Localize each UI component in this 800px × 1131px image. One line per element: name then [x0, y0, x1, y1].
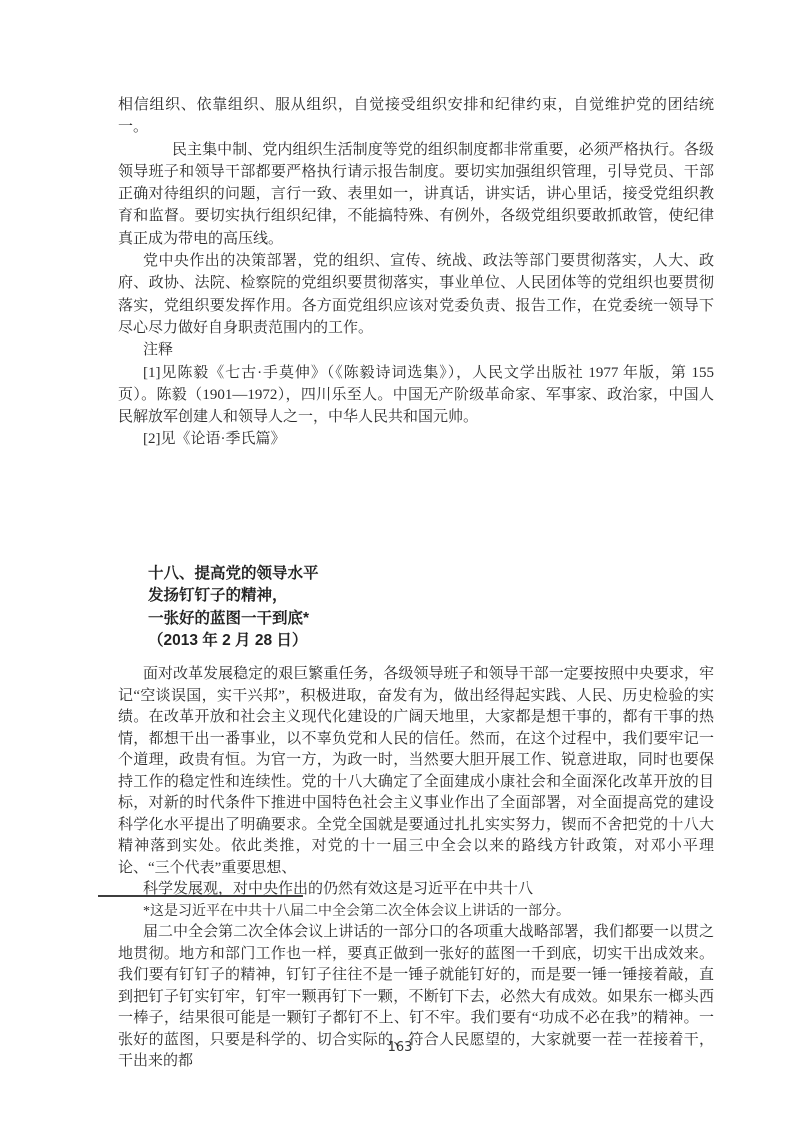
article-interrupted-line: 科学发展观，对中央作出的仍然有效这是习近平在中共十八	[118, 879, 714, 901]
paragraph-party-central: 党中央作出的决策部署，党的组织、宣传、统战、政法等部门要贯彻落实，人大、政府、政…	[118, 250, 714, 339]
article-main-paragraph: 面对改革发展稳定的艰巨繁重任务，各级领导班子和领导干部一定要按照中央要求，牢记“…	[118, 664, 714, 879]
title-body-gap	[118, 652, 714, 664]
paragraph-organization-system: 民主集中制、党内组织生活制度等党的组织制度都非常重要，必须严格执行。各级领导班子…	[118, 139, 714, 250]
page-number: 163	[0, 1040, 800, 1055]
body-continuation-paragraph: 相信组织、依靠组织、服从组织，自觉接受组织安排和纪律约束，自觉维护党的团结统一。	[118, 94, 714, 139]
article-title-block: 十八、提高党的领导水平 发扬钉钉子的精神， 一张好的蓝图一干到底* （2013 …	[118, 563, 714, 653]
article-date-line: （2013 年 2 月 28 日）	[148, 630, 714, 652]
section-gap	[118, 451, 714, 563]
article-title-line-2: 发扬钉钉子的精神，	[148, 585, 714, 607]
article-title-line-1: 十八、提高党的领导水平	[148, 563, 714, 585]
text-column: 相信组织、依靠组织、服从组织，自觉接受组织安排和纪律约束，自觉维护党的团结统一。…	[118, 0, 714, 1073]
note-item-2: [2]见《论语·季氏篇》	[118, 428, 714, 450]
notes-label: 注释	[118, 339, 714, 361]
footnote-text: *这是习近平在中共十八届二中全会第二次全体会议上讲话的一部分。	[118, 901, 714, 923]
article-title-line-3: 一张好的蓝图一干到底*	[148, 608, 714, 630]
note-item-1: [1]见陈毅《七古·手莫伸》（《陈毅诗词选集》），人民文学出版社 1977 年版…	[118, 362, 714, 429]
document-page: 相信组织、依靠组织、服从组织，自觉接受组织安排和纪律约束，自觉维护党的团结统一。…	[0, 0, 800, 1131]
